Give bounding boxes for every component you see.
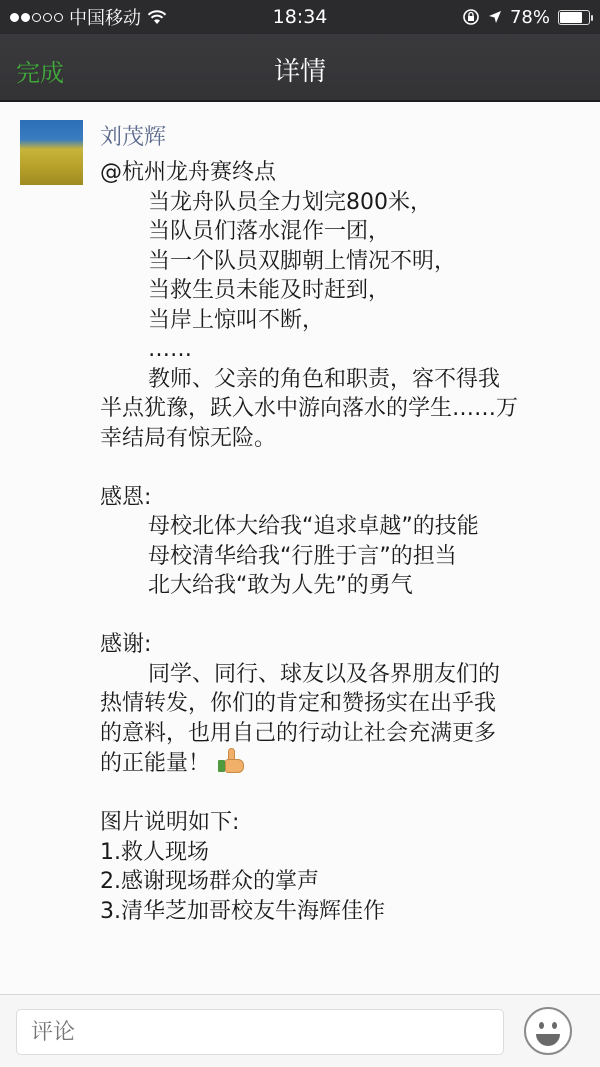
thanks-text-last: 的正能量！ [100, 748, 580, 779]
location-arrow-icon [488, 10, 502, 24]
comment-input[interactable] [16, 1009, 504, 1055]
post-detail[interactable]: 刘茂辉 @杭州龙舟赛终点 当龙舟队员全力划完800米， 当队员们落水混作一团， … [0, 104, 600, 994]
author-name[interactable]: 刘茂辉 [100, 120, 166, 151]
emoji-button[interactable] [524, 1007, 572, 1055]
story-text: 幸结局有惊无险。 [100, 424, 580, 454]
captions-heading: 图片说明如下: [100, 808, 580, 838]
gratitude-line: 母校清华给我“行胜于言”的担当 [100, 542, 580, 572]
thanks-heading: 感谢: [100, 630, 580, 660]
page-title: 详情 [0, 51, 600, 88]
gratitude-line: 北大给我“敢为人先”的勇气 [100, 571, 580, 601]
story-text: 教师、父亲的角色和职责，容不得我 [100, 365, 580, 395]
gratitude-heading: 感恩: [100, 483, 580, 513]
battery-icon [558, 10, 590, 25]
mention-link[interactable]: @杭州龙舟赛终点 [100, 158, 580, 188]
avatar[interactable] [20, 120, 83, 185]
comment-bar [0, 994, 600, 1067]
intro-line: 当龙舟队员全力划完800米， [100, 188, 580, 218]
intro-line: …… [100, 335, 580, 365]
thanks-text: 的正能量！ [100, 751, 210, 776]
post-body: @杭州龙舟赛终点 当龙舟队员全力划完800米， 当队员们落水混作一团， 当一个队… [100, 158, 580, 926]
thumbs-up-icon [218, 748, 246, 774]
rotation-lock-icon [462, 8, 480, 26]
thanks-text: 的意料，也用自己的行动让社会充满更多 [100, 719, 580, 749]
intro-line: 当一个队员双脚朝上情况不明， [100, 247, 580, 277]
intro-line: 当岸上惊叫不断， [100, 306, 580, 336]
caption-item: 1.救人现场 [100, 838, 580, 868]
intro-line: 当队员们落水混作一团， [100, 217, 580, 247]
nav-bar: 完成 详情 [0, 34, 600, 102]
story-text: 半点犹豫，跃入水中游向落水的学生……万 [100, 394, 580, 424]
caption-item: 2.感谢现场群众的掌声 [100, 867, 580, 897]
status-right: 78% [462, 0, 590, 34]
intro-line: 当救生员未能及时赶到， [100, 276, 580, 306]
status-bar: 中国移动 18:34 78% [0, 0, 600, 34]
gratitude-line: 母校北体大给我“追求卓越”的技能 [100, 512, 580, 542]
battery-percent: 78% [510, 7, 550, 28]
thanks-text: 同学、同行、球友以及各界朋友们的 [100, 660, 580, 690]
thanks-text: 热情转发，你们的肯定和赞扬实在出乎我 [100, 689, 580, 719]
caption-item: 3.清华芝加哥校友牛海辉佳作 [100, 897, 580, 927]
